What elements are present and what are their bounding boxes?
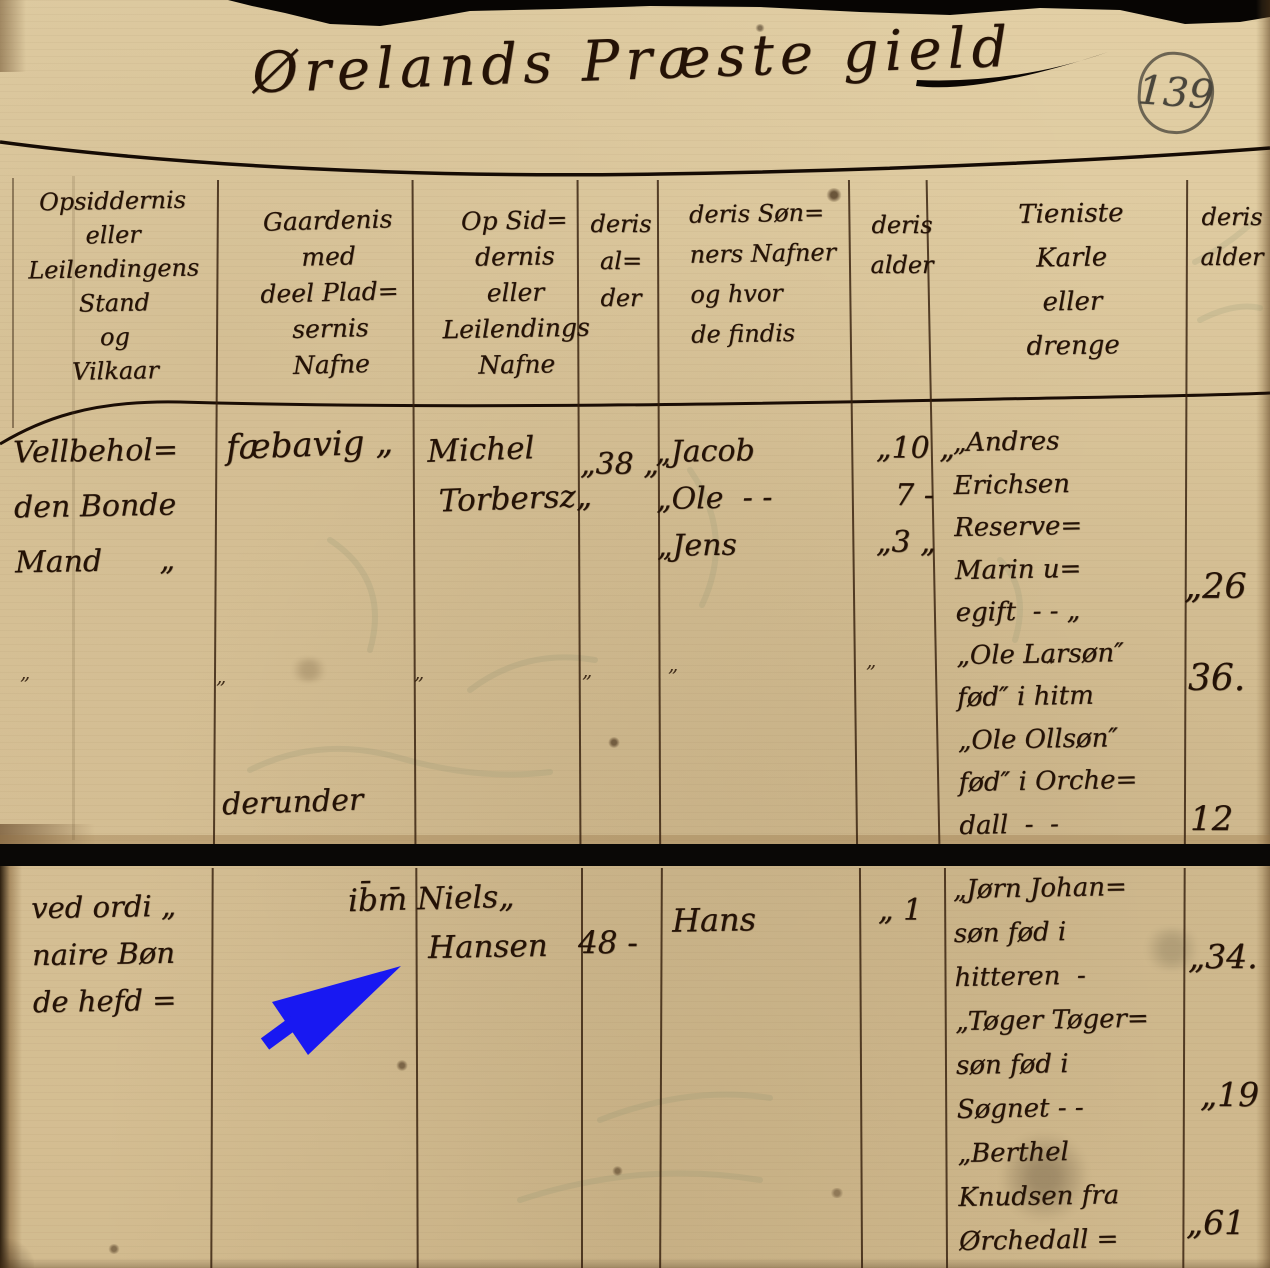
row1-sons-ages: „10 „ 7 - „3 „ <box>876 425 955 566</box>
row2-tenant-name-line2: Hansen <box>428 927 548 968</box>
ink-spot <box>396 1060 408 1071</box>
ink-spot <box>608 737 620 748</box>
header-stand: Opsiddernis eller Leilendingens Stand og… <box>6 182 222 390</box>
gutter-top-left <box>0 0 26 72</box>
column-line <box>659 868 663 1268</box>
column-line <box>210 868 213 1268</box>
row2-sons-ages: „ 1 <box>878 892 922 930</box>
column-line <box>859 868 863 1268</box>
row1-servant-age-2: 36. <box>1188 656 1245 701</box>
row2-tenant-name-line1: ib̄m̄ Niels„ <box>348 878 515 921</box>
image-seam-divider <box>0 844 1270 866</box>
header-servants-age: deris alder <box>1196 197 1268 277</box>
row2-servant-age-1: „34. <box>1188 936 1258 977</box>
page-number: 139 <box>1136 67 1215 118</box>
bottom-left-corner-shadow <box>0 1238 34 1268</box>
column-line <box>944 868 948 1268</box>
header-servants: Tieniste Karle eller drenge <box>966 190 1177 370</box>
row1-servant-age-1: „26 <box>1184 566 1247 610</box>
smudge <box>288 658 330 682</box>
ditto-mark: „ <box>216 664 226 688</box>
row1-sons: „Jacob „Ole - - „Jens <box>655 427 774 570</box>
row1-farm-note: derunder <box>221 782 363 824</box>
ditto-mark: „ <box>582 658 592 682</box>
ditto-mark: „ <box>20 660 30 684</box>
ink-spot <box>612 1166 623 1176</box>
ink-spot <box>108 1244 120 1254</box>
ink-spot <box>830 1188 844 1198</box>
header-tenant-name: Op Sid= dernis eller Leilendings Nafne <box>436 202 594 385</box>
header-tenant-age: deris al= der <box>585 206 657 317</box>
gutter-left-bottom-panel <box>0 866 22 1268</box>
row2-stand: ved ordi „ naire Bøn de hefd = <box>31 883 178 1027</box>
row1-tenant-age: „38 „ <box>580 446 659 484</box>
row1-farm-name: fæbavig „ <box>225 421 393 469</box>
row2-servants: „Jørn Johan= søn fød i hitteren - „Tøger… <box>953 864 1195 1264</box>
top-panel-bottom-left-shadow <box>0 824 95 844</box>
page-title: Ørelands Præste gield <box>251 13 1014 110</box>
ditto-mark: „ <box>1046 642 1056 666</box>
ledger-page-scan: Ørelands Præste gield 139 Opsiddernis el… <box>0 0 1270 1268</box>
column-line <box>415 868 418 1268</box>
header-farm-name: Gaardenis med deel Plad= sernis Nafne <box>240 201 420 386</box>
ditto-mark: „ <box>866 648 876 672</box>
page-number-badge: 139 <box>1135 49 1217 136</box>
ditto-mark: „ <box>668 652 678 676</box>
row2-servant-age-3: „61 <box>1186 1202 1245 1243</box>
blue-pointer-arrow <box>253 954 418 1069</box>
row2-tenant-age: 48 - <box>578 924 638 963</box>
ditto-mark: „ <box>414 660 424 684</box>
header-sons-age: deris alder <box>856 205 948 285</box>
row1-tenant-name: Michel Torbersz„ <box>426 421 592 527</box>
row1-stand: Vellbehol= den Bonde Mand „ <box>13 423 181 591</box>
row1-servant-age-3: 12 <box>1190 798 1233 841</box>
row2-servant-age-2: „19 <box>1200 1074 1259 1115</box>
row1-servants: „Andres Erichsen Reserve= Marin u= egift… <box>952 418 1199 847</box>
row2-sons: Hans <box>672 899 757 940</box>
